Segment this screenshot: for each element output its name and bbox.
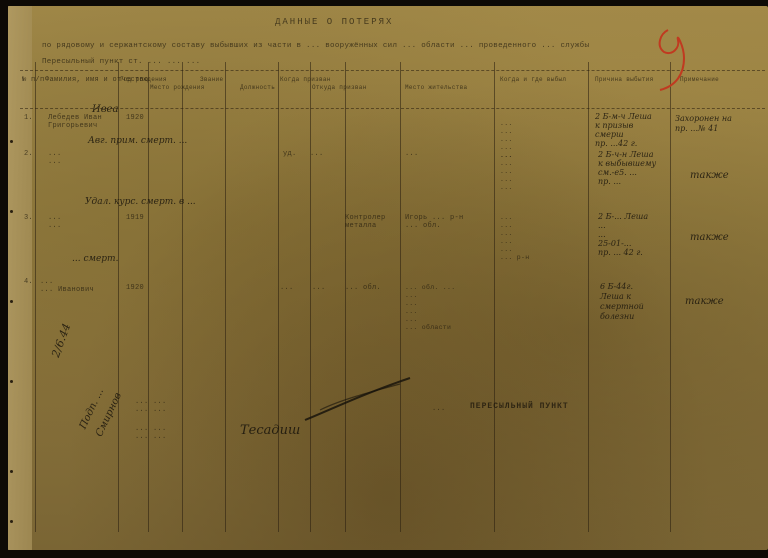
column-header: Причина выбытия (595, 76, 654, 84)
column-rule (225, 62, 226, 532)
signature-stroke (300, 370, 420, 430)
handwritten-remark: Захоронен на пр. ...№ 41 (675, 114, 732, 134)
column-rule (148, 62, 149, 532)
signature: Тесадиш (240, 425, 300, 436)
row-details: ... ... ... ... ... (500, 152, 513, 192)
stamp: ПЕРЕСЫЛЬНЫЙ ПУНКТ (470, 402, 569, 411)
row-col: Игорь ... р-н ... обл. (405, 214, 464, 230)
handwritten-reason: 2 Б-... Леша ... ... 25-01-... пр. ... 4… (598, 212, 648, 257)
handwritten-reason: 6 Б-44г. Леша к смертной болезни (600, 282, 644, 322)
row-number: 1. (24, 114, 33, 122)
row-col: ... (312, 284, 326, 292)
binding-hole (10, 210, 13, 213)
row-number: 2. (24, 150, 33, 158)
handwritten-note: Авг. прим. смерт. ... (88, 136, 187, 147)
handwritten-reason: 2 Б-ч-н Леша к выбывшему см.-е5. ... пр.… (598, 150, 656, 186)
column-header: Должность (240, 84, 275, 92)
footer-label: ... ... ... ... (135, 425, 167, 441)
binding-hole (10, 300, 13, 303)
column-header: Откуда призван (312, 84, 367, 92)
handwritten-note: Удал. курс. смерт. в ... (85, 197, 196, 208)
stamp-prefix: ... (432, 405, 446, 413)
handwritten-remark: также (685, 296, 724, 307)
row-col: ... (405, 150, 419, 158)
column-rule (182, 62, 183, 532)
document-subtitle-2: Пересыльный пункт ст. ... ... ... (42, 58, 200, 66)
column-rule (310, 62, 311, 532)
row-year: 1919 (126, 214, 144, 222)
document-title: ДАННЫЕ О ПОТЕРЯХ (275, 18, 393, 26)
row-details: ... обл. ... ... ... ... ... ... области (405, 284, 455, 332)
column-rule (118, 62, 119, 532)
row-col: ... (310, 150, 324, 158)
row-year: 1920 (126, 114, 144, 122)
row-col: Контролер металла (345, 214, 386, 230)
row-col: ... обл. (345, 284, 381, 292)
column-rule (35, 62, 36, 532)
column-rule (345, 62, 346, 532)
binding-hole (10, 380, 13, 383)
binding-hole (10, 140, 13, 143)
row-year: 1920 (126, 284, 144, 292)
row-number: 3. (24, 214, 33, 222)
header-bottom-rule (20, 108, 765, 109)
column-header: Год рождения (120, 76, 167, 84)
row-col: уд. (283, 150, 297, 158)
red-pencil-mark (650, 28, 690, 92)
handwritten-note: ... смерт. (72, 254, 118, 265)
column-rule (278, 62, 279, 532)
binding-hole (10, 520, 13, 523)
row-col: ... (280, 284, 294, 292)
row-name: ... ... (48, 150, 62, 166)
column-header: Когда призван (280, 76, 331, 84)
column-header: Когда и где выбыл (500, 76, 566, 84)
column-rule (400, 62, 401, 532)
row-name: Лебедев Иван Григорьевич (48, 114, 102, 130)
footer-label: ... ... ... ... (135, 398, 167, 414)
handwritten-remark: также (690, 232, 729, 243)
column-header: Место жительства (405, 84, 467, 92)
document-subtitle-1: по рядовому и сержантскому составу выбыв… (42, 42, 589, 50)
binding-hole (10, 470, 13, 473)
column-header: Место рождения (150, 84, 205, 92)
column-header: № п/п (22, 76, 45, 84)
row-name: ... ... (48, 214, 62, 230)
handwritten-remark: также (690, 170, 729, 181)
handwritten-note: Ивеа (92, 104, 118, 115)
row-details: ... ... ... ... ... ... р-н (500, 214, 529, 262)
column-rule (670, 62, 671, 532)
row-name: ... ... Иванович (40, 278, 94, 294)
row-number: 4. (24, 278, 33, 286)
column-rule (588, 62, 589, 532)
handwritten-reason: 2 Б-м-ч Леша к призыв смерш пр. ...42 г. (595, 112, 652, 148)
column-rule (494, 62, 495, 532)
column-header: Звание (200, 76, 223, 84)
